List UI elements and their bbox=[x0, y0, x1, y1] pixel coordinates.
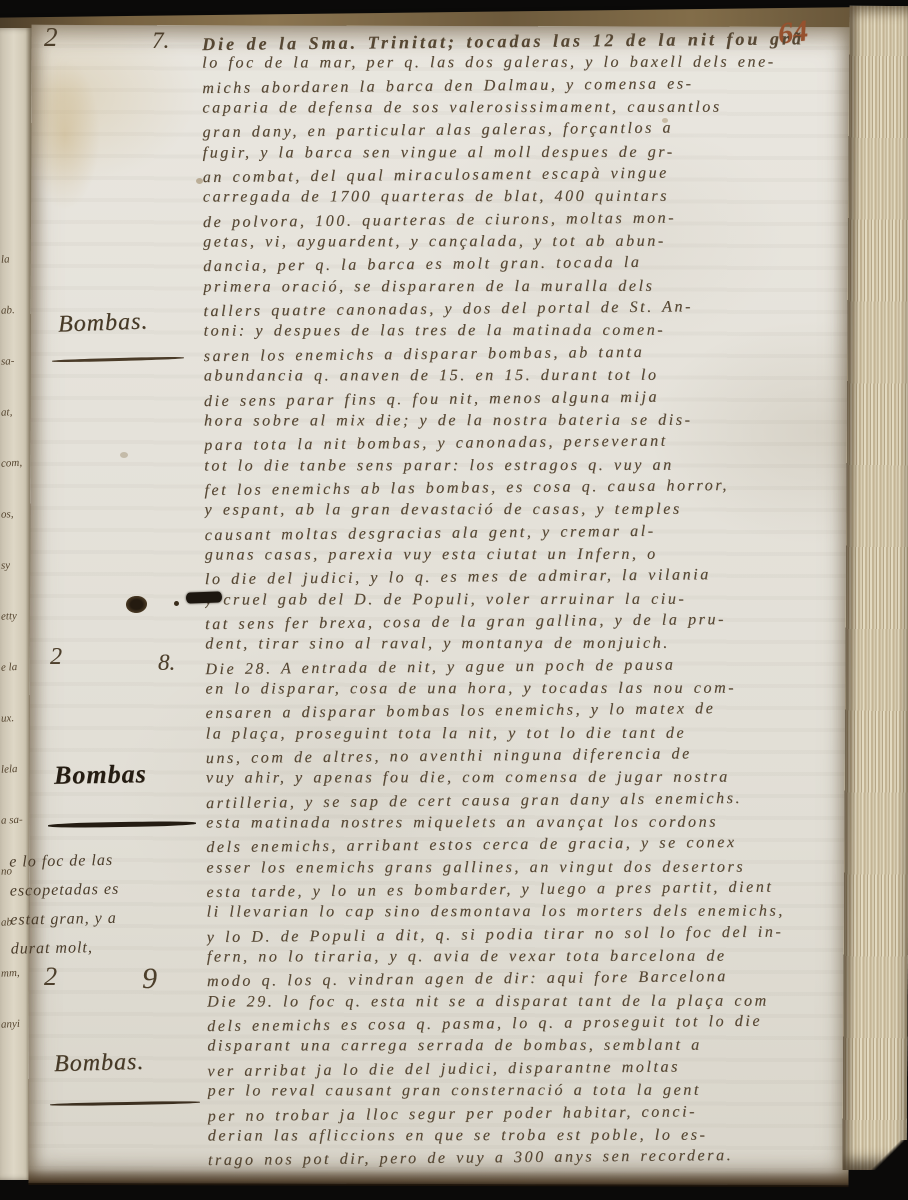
manuscript-line: per lo reval causant gran consternació a… bbox=[208, 1080, 849, 1103]
manuscript-line: li llevarian lo cap sino desmontava los … bbox=[207, 901, 848, 924]
foxing-spot bbox=[120, 452, 128, 458]
margin-day28-units: 8. bbox=[158, 650, 175, 676]
manuscript-line: dels enemichs, arribant estos cerca de g… bbox=[206, 831, 847, 859]
side-note-line: durat molt, bbox=[11, 931, 201, 963]
gutter-fragment: ab. bbox=[1, 303, 34, 356]
manuscript-line: ensaren a disparar bombas los enemichs, … bbox=[205, 697, 846, 725]
manuscript-line: dancia, per q. la barca es molt gran. to… bbox=[203, 250, 844, 278]
margin-note-bombas-1: Bombas. bbox=[58, 308, 149, 338]
gutter-fragment: lela bbox=[1, 762, 34, 815]
manuscript-line: modo q. los q. vindran agen de dir: aqui… bbox=[207, 965, 848, 993]
margin-note-bombas-3: Bombas. bbox=[54, 1049, 145, 1078]
manuscript-line: gran dany, en particular alas galeras, f… bbox=[202, 116, 843, 144]
foxing-spot bbox=[196, 178, 203, 184]
margin-day29-units: 9 bbox=[142, 962, 157, 996]
side-note-line: escopetadas es bbox=[10, 873, 200, 905]
ink-dot bbox=[174, 601, 179, 606]
paper-stain bbox=[30, 60, 100, 210]
manuscript-line: dent, tirar sino al raval, y montanya de… bbox=[205, 633, 846, 656]
struck-out-word bbox=[186, 591, 222, 603]
manuscript-line: lo foc de la mar, per q. las dos galeras… bbox=[202, 52, 843, 75]
margin-day28-tens: 2 bbox=[50, 644, 62, 671]
gutter-fragment: com, bbox=[1, 456, 34, 509]
side-note-line: e lo foc de las bbox=[9, 844, 199, 876]
margin-note-bombas-2: Bombas bbox=[54, 759, 147, 791]
manuscript-line: trago nos pot dir, pero de vuy a 300 any… bbox=[208, 1144, 849, 1172]
bottom-right-corner bbox=[838, 1140, 908, 1200]
book-fore-edge bbox=[842, 6, 908, 1170]
gutter-fragment: os, bbox=[1, 507, 34, 560]
gutter-fragment: etty bbox=[1, 609, 34, 662]
gutter-fragment: la bbox=[1, 252, 34, 305]
manuscript-line: abundancia q. anaven de 15. en 15. duran… bbox=[204, 365, 845, 388]
gutter-fragment: at, bbox=[1, 405, 34, 458]
manuscript-line: vuy ahir, y apenas fou die, com comensa … bbox=[206, 767, 847, 790]
margin-day29-tens: 2 bbox=[44, 962, 57, 992]
manuscript-line: carregada de 1700 quarteras de blat, 400… bbox=[203, 186, 844, 209]
manuscript-text: Die de la Sma. Trinitat; tocadas las 12 … bbox=[202, 28, 849, 1176]
gutter-fragment: e la bbox=[1, 660, 34, 713]
gutter-fragment: ux. bbox=[1, 711, 34, 764]
foxing-spot bbox=[662, 118, 668, 123]
manuscript-line: para tota la nit bombas, y canonadas, pe… bbox=[204, 429, 845, 457]
manuscript-scan: laab.sa-at,com,os,syettye laux.lelaa sa-… bbox=[0, 0, 908, 1200]
margin-day27-units: 7. bbox=[152, 28, 169, 54]
margin-day27-tens: 2 bbox=[44, 22, 58, 53]
manuscript-line: lo die del judici, y lo q. es mes de adm… bbox=[205, 563, 846, 591]
manuscript-line: y espant, ab la gran devastació de casas… bbox=[204, 499, 845, 522]
gutter-fragment: sy bbox=[1, 558, 34, 611]
gutter-fragment: sa- bbox=[1, 354, 34, 407]
margin-side-note: e lo foc de lasescopetadas esestat gran,… bbox=[9, 844, 201, 963]
side-note-line: estat gran, y a bbox=[10, 902, 200, 934]
